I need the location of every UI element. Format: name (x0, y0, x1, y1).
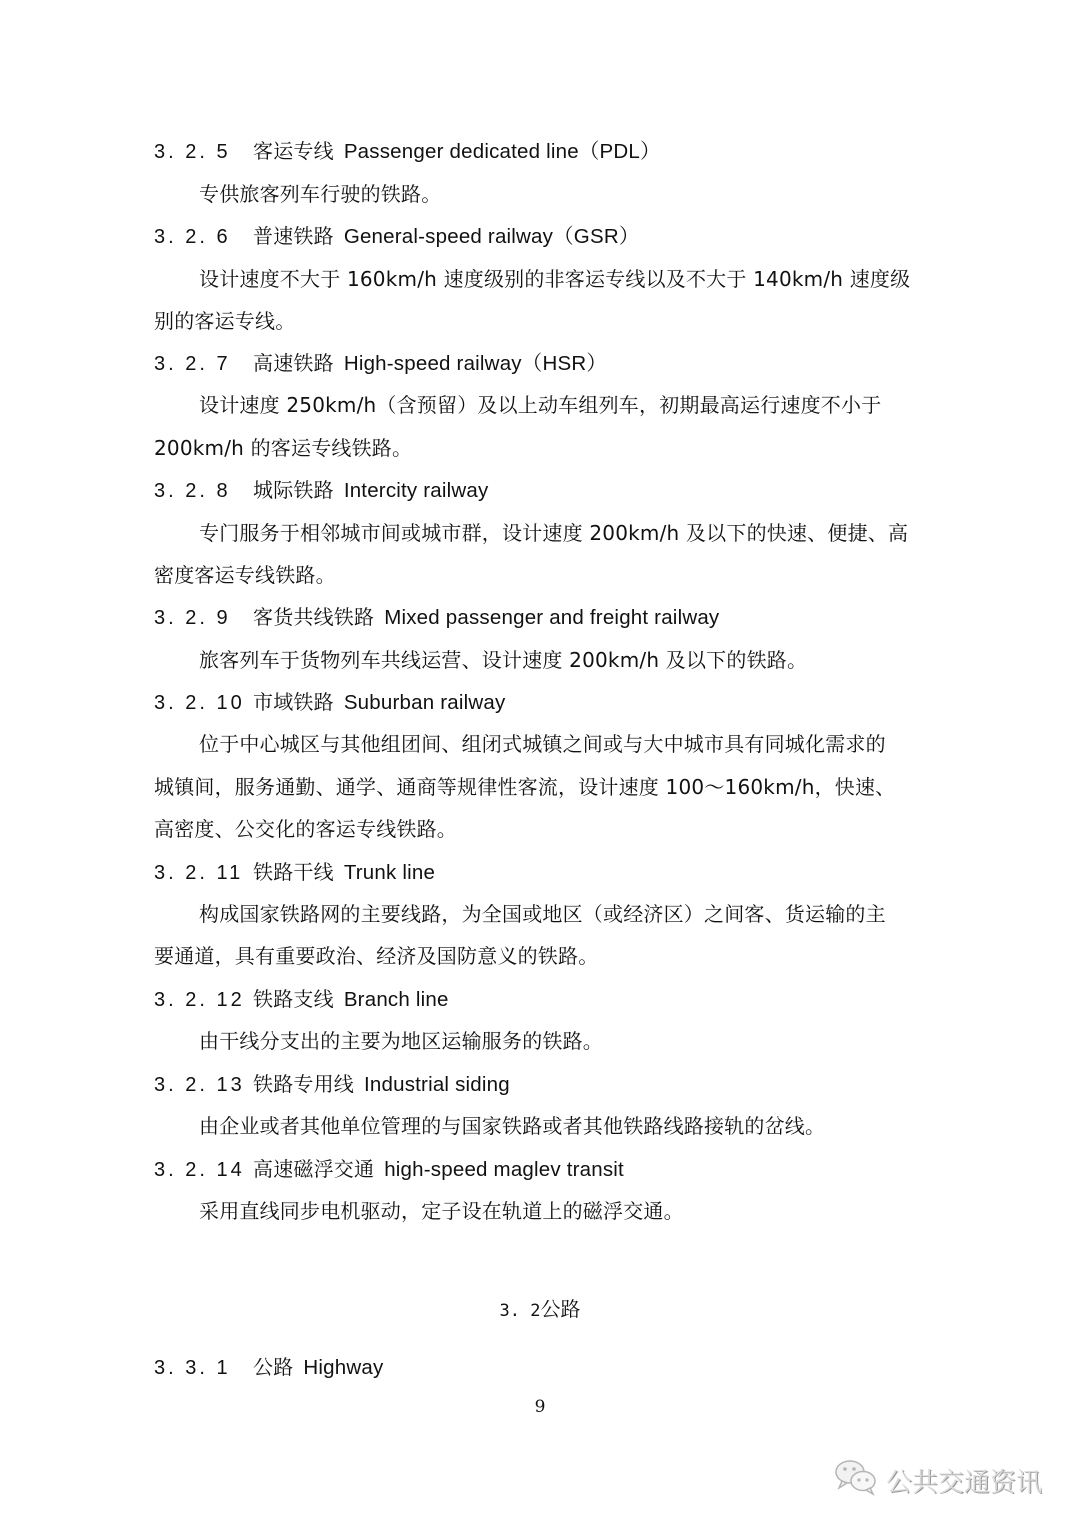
entry-number: 3. 2. 7 (154, 349, 253, 379)
term-chinese: 客货共线铁路 (253, 605, 374, 629)
section-heading: 3. 2公路 (0, 1294, 1080, 1326)
section-title: 公路 (540, 1297, 580, 1321)
term-english: Mixed passenger and freight railway (384, 606, 719, 629)
term-english: High-speed railway（HSR） (344, 352, 607, 375)
entry-definition: 采用直线同步电机驱动，定子设在轨道上的磁浮交通。 (199, 1196, 684, 1226)
entry-definition: 由企业或者其他单位管理的与国家铁路或者其他铁路线路接轨的岔线。 (199, 1111, 825, 1141)
entry-definition-continued: 要通道，具有重要政治、经济及国防意义的铁路。 (154, 941, 598, 971)
term-english: Branch line (344, 988, 449, 1011)
entry-definition: 设计速度不大于 160km/h 速度级别的非客运专线以及不大于 140km/h … (199, 264, 910, 294)
term-chinese: 普速铁路 (253, 224, 334, 248)
section-number: 3. 2 (500, 1301, 541, 1321)
entry-definition: 位于中心城区与其他组团间、组闭式城镇之间或与大中城市具有同城化需求的 (199, 729, 886, 759)
term-english: Passenger dedicated line（PDL） (344, 140, 661, 163)
entry-definition-continued: 高密度、公交化的客运专线铁路。 (154, 814, 457, 844)
entry-heading: 3. 2. 10市域铁路Suburban railway (154, 687, 505, 718)
entry-definition: 设计速度 250km/h（含预留）及以上动车组列车，初期最高运行速度不小于 (199, 390, 881, 420)
entry-heading: 3. 2. 13铁路专用线Industrial siding (154, 1069, 510, 1100)
term-chinese: 高速铁路 (253, 351, 334, 375)
entry-heading: 3. 2. 6普速铁路General-speed railway（GSR） (154, 221, 640, 252)
term-english: General-speed railway（GSR） (344, 225, 640, 248)
term-chinese: 铁路干线 (253, 860, 334, 884)
entry-number: 3. 2. 8 (154, 476, 253, 506)
watermark-text: 公共交通资讯 (886, 1462, 1042, 1499)
term-english: Highway (303, 1356, 383, 1379)
entry-heading: 3. 2. 11铁路干线Trunk line (154, 857, 435, 888)
entry-definition: 旅客列车于货物列车共线运营、设计速度 200km/h 及以下的铁路。 (199, 645, 807, 675)
term-chinese: 市域铁路 (253, 690, 334, 714)
term-chinese: 城际铁路 (253, 478, 334, 502)
term-english: Industrial siding (364, 1073, 510, 1096)
wechat-icon (834, 1458, 886, 1503)
entry-heading: 3. 2. 5客运专线Passenger dedicated line（PDL） (154, 136, 661, 167)
document-page: 3. 2. 5客运专线Passenger dedicated line（PDL）… (0, 0, 1080, 1527)
term-chinese: 公路 (253, 1355, 293, 1379)
term-chinese: 铁路专用线 (253, 1072, 354, 1096)
entry-definition-continued: 城镇间，服务通勤、通学、通商等规律性客流，设计速度 100～160km/h，快速… (154, 772, 895, 802)
entry-number: 3. 2. 13 (154, 1070, 253, 1100)
entry-definition: 专门服务于相邻城市间或城市群，设计速度 200km/h 及以下的快速、便捷、高 (199, 518, 908, 548)
entry-number: 3. 2. 14 (154, 1155, 253, 1185)
entry-definition-continued: 密度客运专线铁路。 (154, 560, 336, 590)
entry-definition: 专供旅客列车行驶的铁路。 (199, 179, 441, 209)
entry-number: 3. 2. 10 (154, 688, 253, 718)
entry-heading: 3. 2. 8城际铁路Intercity railway (154, 475, 488, 506)
page-number: 9 (0, 1397, 1080, 1417)
entry-number: 3. 2. 6 (154, 222, 253, 252)
entry-heading: 3. 2. 7高速铁路High-speed railway（HSR） (154, 348, 607, 379)
watermark: 公共交通资讯 (834, 1458, 1042, 1503)
entry-heading: 3. 2. 14高速磁浮交通high-speed maglev transit (154, 1154, 624, 1185)
entry-number: 3. 2. 5 (154, 137, 253, 167)
term-chinese: 高速磁浮交通 (253, 1157, 374, 1181)
term-english: Suburban railway (344, 691, 506, 714)
term-english: Intercity railway (344, 479, 489, 502)
term-english: high-speed maglev transit (384, 1158, 624, 1181)
term-chinese: 铁路支线 (253, 987, 334, 1011)
entry-definition-continued: 200km/h 的客运专线铁路。 (154, 433, 412, 463)
term-english: Trunk line (344, 861, 435, 884)
term-chinese: 客运专线 (253, 139, 334, 163)
entry-definition-continued: 别的客运专线。 (154, 306, 295, 336)
entry-heading: 3. 3. 1公路Highway (154, 1352, 383, 1383)
entry-number: 3. 3. 1 (154, 1353, 253, 1383)
entry-definition: 由干线分支出的主要为地区运输服务的铁路。 (199, 1026, 603, 1056)
entry-heading: 3. 2. 12铁路支线Branch line (154, 984, 449, 1015)
entry-number: 3. 2. 12 (154, 985, 253, 1015)
entry-number: 3. 2. 11 (154, 858, 253, 888)
entry-heading: 3. 2. 9客货共线铁路Mixed passenger and freight… (154, 602, 719, 633)
entry-number: 3. 2. 9 (154, 603, 253, 633)
entry-definition: 构成国家铁路网的主要线路，为全国或地区（或经济区）之间客、货运输的主 (199, 899, 886, 929)
